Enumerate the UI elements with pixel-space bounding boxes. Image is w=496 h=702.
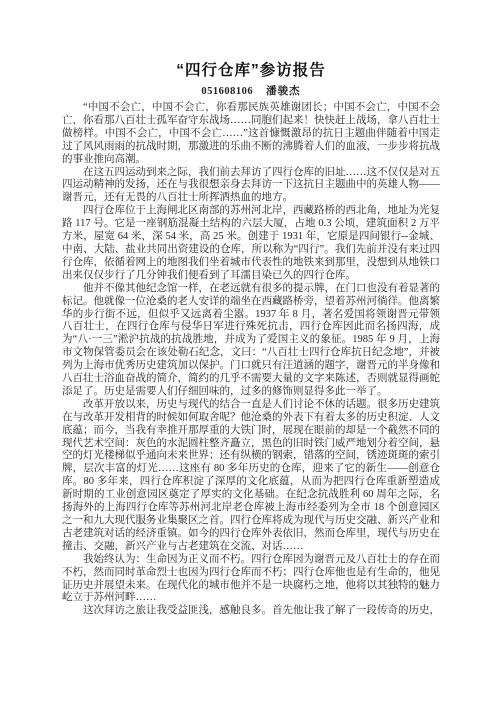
author-name: 潘骏杰 <box>266 85 301 99</box>
report-title: “四行仓库”参访报告 <box>62 58 440 84</box>
student-id: 051608106 <box>201 85 253 99</box>
paragraph: 在这五四运动到来之际，我们前去拜访了四行仓库的旧址……这不仅仅是对五四运动精神的… <box>62 167 440 206</box>
byline: 051608106潘骏杰 <box>62 85 440 99</box>
paragraph: 他并不像其他纪念馆一样，在老远就有很多的提示牌，在门口也没有着显著的标记。他就像… <box>62 283 440 399</box>
paragraph: 改革开放以来，历史与现代的结合一直是人们讨论不休的话题。很多历史建筑在与改革开发… <box>62 399 440 554</box>
document-page: “四行仓库”参访报告 051608106潘骏杰 “中国不会亡，中国不会亡，你看那… <box>0 0 496 702</box>
paragraph: 四行仓库位于上海闸北区南部的苏州河北岸，西藏路桥的西北角，地址为光复路 117 … <box>62 205 440 282</box>
paragraph: 这次拜访之旅让我受益匪浅，感触良多。首先他让我了解了一段传奇的历史， <box>62 605 440 618</box>
report-body: “中国不会亡，中国不会亡，你看那民族英雄谢团长；中国不会亡，中国不会亡，你看那八… <box>62 102 440 618</box>
paragraph: “中国不会亡，中国不会亡，你看那民族英雄谢团长；中国不会亡，中国不会亡，你看那八… <box>62 102 440 167</box>
paragraph: 我始终认为：生命因为正义而不朽。四行仓库因为谢晋元及八百壮士的存在而不朽，然而同… <box>62 554 440 606</box>
